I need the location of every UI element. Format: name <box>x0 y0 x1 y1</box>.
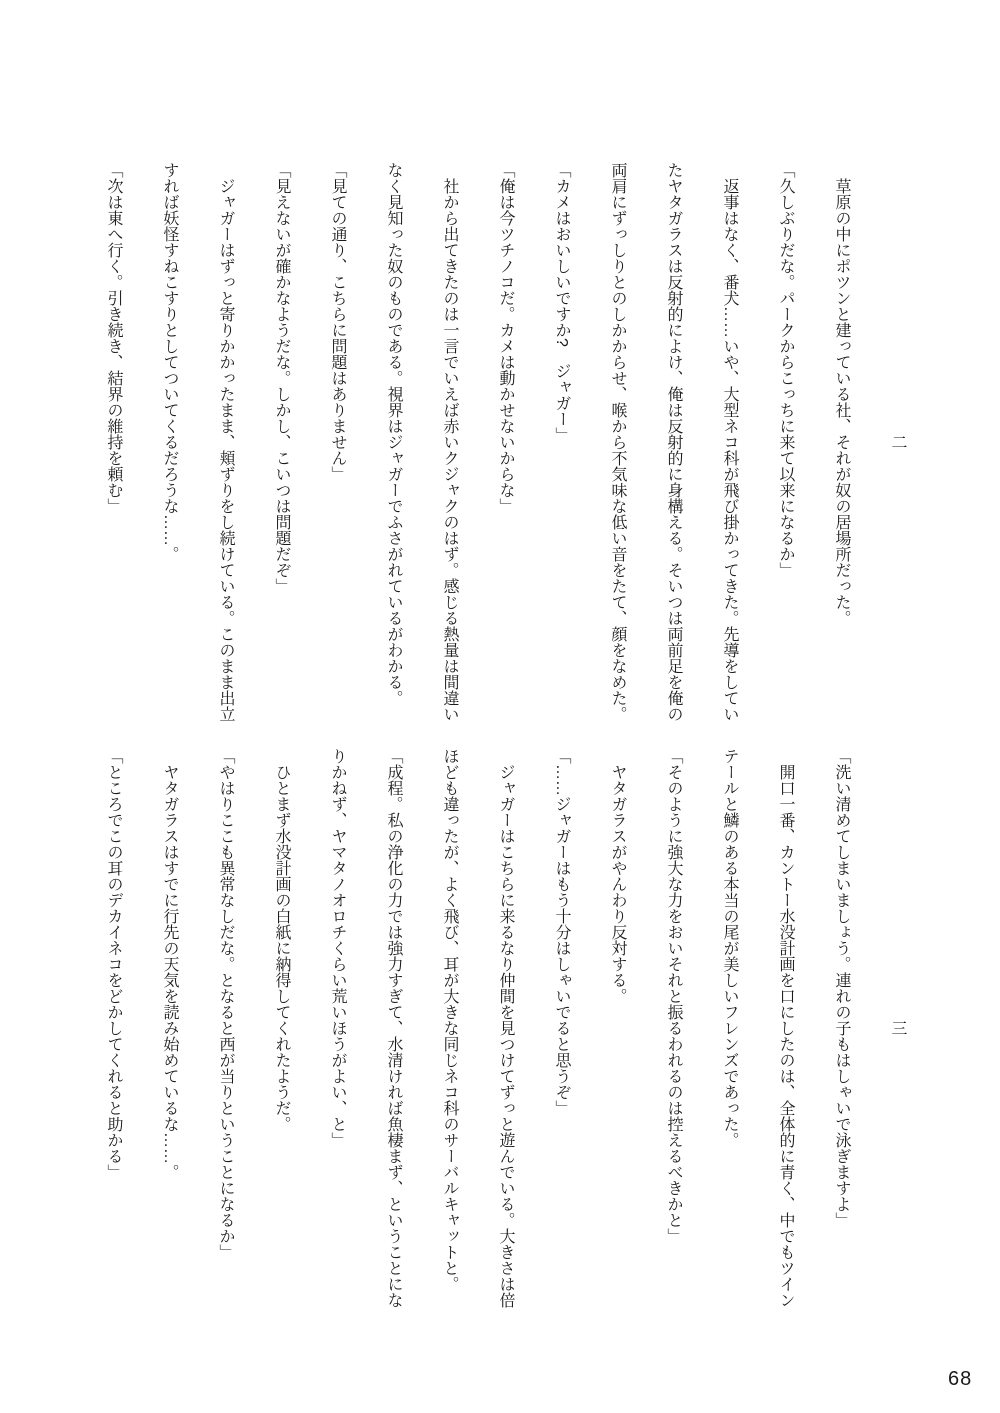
text-line: 開口一番、カントー水没計画を口にしたのは、全体的に青く、中でもツイン <box>757 748 813 1308</box>
text-line: たヤタガラスは反射的によけ、俺は反射的に身構える。そいつは両前足を俺の <box>645 162 701 722</box>
text-line: 草原の中にポツンと建っている社、それが奴の居場所だった。 <box>813 162 869 722</box>
text-line: ヤタガラスはすでに行先の天気を読み始めているな……。 <box>141 748 197 1308</box>
text-line: 返事はなく、番犬……いや、大型ネコ科が飛び掛かってきた。先導をしてい <box>701 162 757 722</box>
text-line: 「見えないが確かなようだな。しかし、こいつは問題だぞ」 <box>253 162 309 722</box>
text-line: 「俺は今ツチノコだ。カメは動かせないからな」 <box>477 162 533 722</box>
text-line: ジャガーはこちらに来るなり仲間を見つけてずっと遊んでいる。大きさは倍 <box>477 748 533 1308</box>
text-line: すれば妖怪すねこすりとしてついてくるだろうな……。 <box>141 162 197 722</box>
text-line: テールと鱗のある本当の尾が美しいフレンズであった。 <box>701 748 757 1308</box>
text-line: ヤタガラスがやんわり反対する。 <box>589 748 645 1308</box>
text-line: 「ところでこの耳のデカイネコをどかしてくれると助かる」 <box>85 748 141 1308</box>
text-line: 「次は東へ行く。引き続き、結界の維持を頼む」 <box>85 162 141 722</box>
section-heading: 三 <box>869 748 925 1308</box>
text-line: 「成程。私の浄化の力では強力すぎて、水清ければ魚棲まず、ということにな <box>365 748 421 1308</box>
text-line: りかねず、ヤマタノオロチくらい荒いほうがよい、と」 <box>309 748 365 1308</box>
text-line: ほども違ったが、よく飛び、耳が大きな同じネコ科のサーバルキャットと。 <box>421 748 477 1308</box>
text-line: 「久しぶりだな。パークからこっちに来て以来になるか」 <box>757 162 813 722</box>
text-line: ひとまず水没計画の白紙に納得してくれたようだ。 <box>253 748 309 1308</box>
text-line: なく見知った奴のものである。視界はジャガーでふさがれているがわかる。 <box>365 162 421 722</box>
text-line: 「やはりここも異常なしだな。となると西が当りということになるか」 <box>197 748 253 1308</box>
text-line: ジャガーはずっと寄りかかったまま、頬ずりをし続けている。このまま出立 <box>197 162 253 722</box>
text-line: 「カメはおいしいですか? ジャガー」 <box>533 162 589 722</box>
text-line: 「そのように強大な力をおいそれと振るわれるのは控えるべきかと」 <box>645 748 701 1308</box>
novel-page: 二 草原の中にポツンと建っている社、それが奴の居場所だった。「久しぶりだな。パー… <box>0 0 1000 1413</box>
text-line: 社から出てきたのは一言でいえば赤いクジャクのはず。感じる熱量は間違い <box>421 162 477 722</box>
section-two: 二 草原の中にポツンと建っている社、それが奴の居場所だった。「久しぶりだな。パー… <box>85 162 925 722</box>
text-line: 「……ジャガーはもう十分はしゃいでると思うぞ」 <box>533 748 589 1308</box>
section-heading: 二 <box>869 162 925 722</box>
text-line: 両肩にずっしりとのしかからせ、喉から不気味な低い音をたて、顔をなめた。 <box>589 162 645 722</box>
text-line: 「見ての通り、こちらに問題はありません」 <box>309 162 365 722</box>
text-line: 「洗い清めてしまいましょう。連れの子もはしゃいで泳ぎますよ」 <box>813 748 869 1308</box>
section-three: 三 「洗い清めてしまいましょう。連れの子もはしゃいで泳ぎますよ」開口一番、カント… <box>85 748 925 1308</box>
page-number: 68 <box>948 1368 972 1391</box>
